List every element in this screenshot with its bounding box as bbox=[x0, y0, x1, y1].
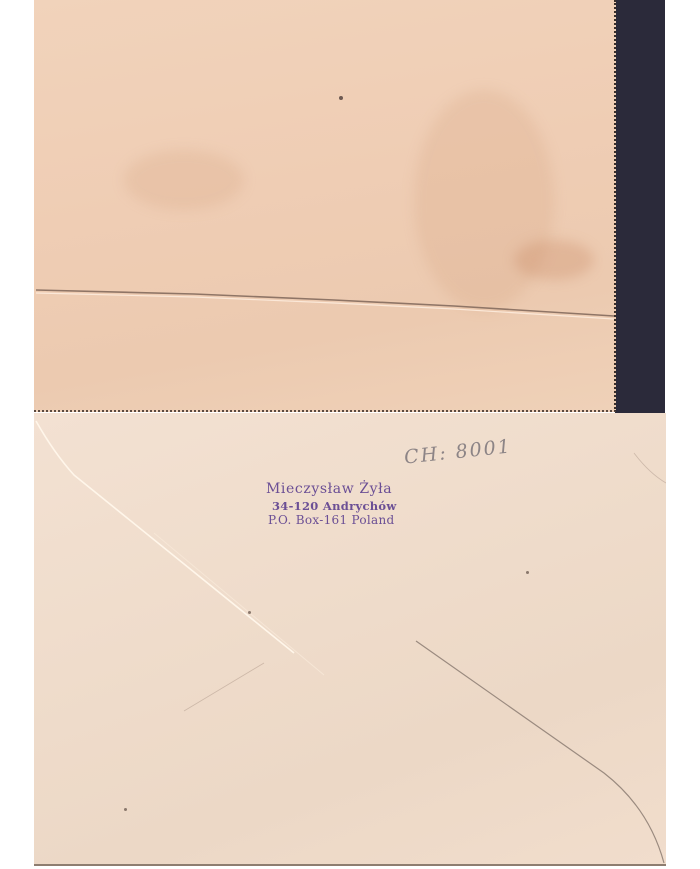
postal-card-back bbox=[34, 0, 616, 412]
dark-backing-board bbox=[615, 0, 665, 414]
return-address-stamp: Mieczysław Żyła 34-120 Andrychów P.O. Bo… bbox=[266, 481, 397, 528]
scan-scene: CH: 8001 Mieczysław Żyła 34-120 Andrychó… bbox=[0, 0, 700, 869]
paper-stain bbox=[514, 240, 594, 280]
sender-po-box: P.O. Box-161 Poland bbox=[266, 513, 397, 528]
paper-stain bbox=[124, 150, 244, 210]
paper-speck bbox=[526, 571, 529, 574]
paper-speck bbox=[124, 808, 127, 811]
paper-speck bbox=[339, 96, 343, 100]
envelope-back: CH: 8001 Mieczysław Żyła 34-120 Andrychó… bbox=[34, 413, 666, 866]
card-crease-line bbox=[34, 286, 616, 326]
paper-speck bbox=[248, 611, 251, 614]
sender-name: Mieczysław Żyła bbox=[266, 481, 397, 499]
sender-postal-city: 34-120 Andrychów bbox=[266, 499, 397, 513]
